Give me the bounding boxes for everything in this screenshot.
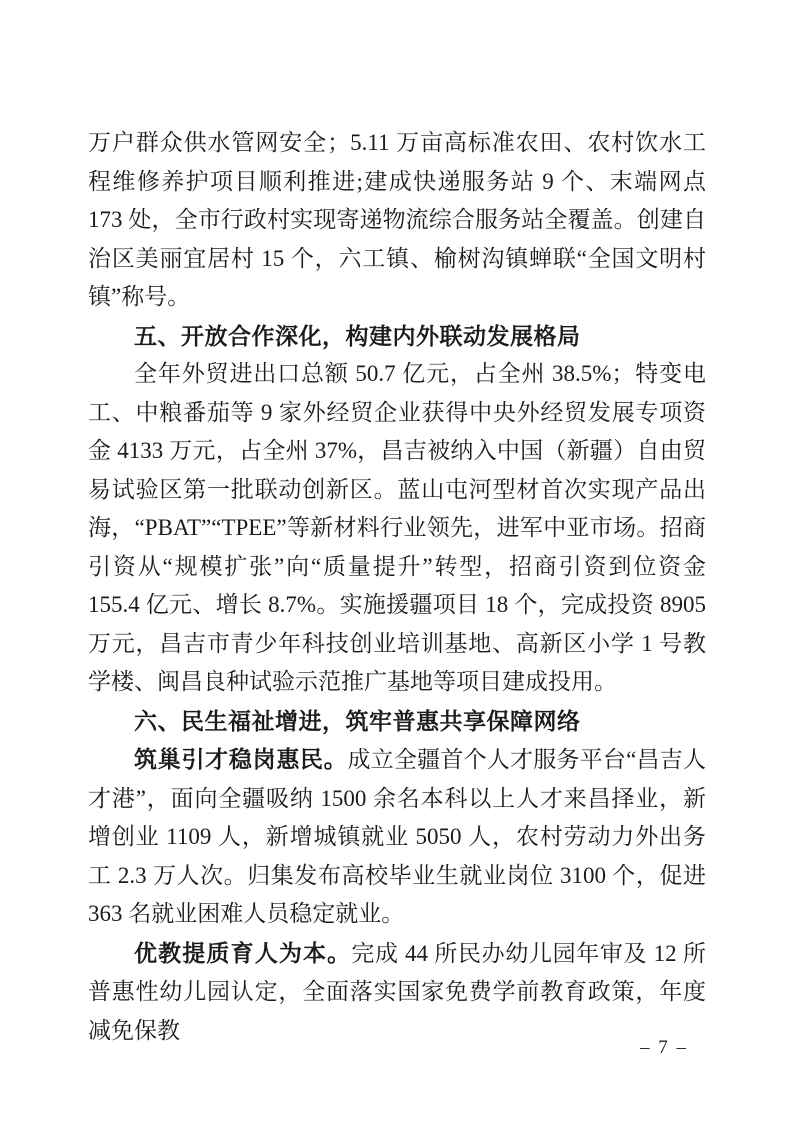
section-6-heading: 六、民生福祉增进，筑牢普惠共享保障网络 <box>88 702 706 741</box>
section-6-paragraph-2: 优教提质育人为本。完成 44 所民办幼儿园年审及 12 所普惠性幼儿园认定，全面… <box>88 934 706 1051</box>
page-number: – 7 – <box>640 1036 688 1060</box>
paragraph-1-bold-lead: 筑巢引才稳岗惠民。 <box>134 746 347 772</box>
section-5-paragraph: 全年外贸进出口总额 50.7 亿元，占全州 38.5%；特变电工、中粮番茄等 9… <box>88 355 706 702</box>
section-5-heading: 五、开放合作深化，构建内外联动发展格局 <box>88 317 706 356</box>
paragraph-2-bold-lead: 优教提质育人为本。 <box>134 940 351 966</box>
text-block: 万户群众供水管网安全；5.11 万亩高标准农田、农村饮水工程维修养护项目顺利推进… <box>88 124 706 1050</box>
paragraph-continuation: 万户群众供水管网安全；5.11 万亩高标准农田、农村饮水工程维修养护项目顺利推进… <box>88 124 706 317</box>
section-6-paragraph-1: 筑巢引才稳岗惠民。成立全疆首个人才服务平台“昌吉人才港”，面向全疆吸纳 1500… <box>88 740 706 934</box>
document-page: 万户群众供水管网安全；5.11 万亩高标准农田、农村饮水工程维修养护项目顺利推进… <box>0 0 793 1122</box>
paragraph-1-body-text: 成立全疆首个人才服务平台“昌吉人才港”，面向全疆吸纳 1500 余名本科以上人才… <box>88 747 706 926</box>
